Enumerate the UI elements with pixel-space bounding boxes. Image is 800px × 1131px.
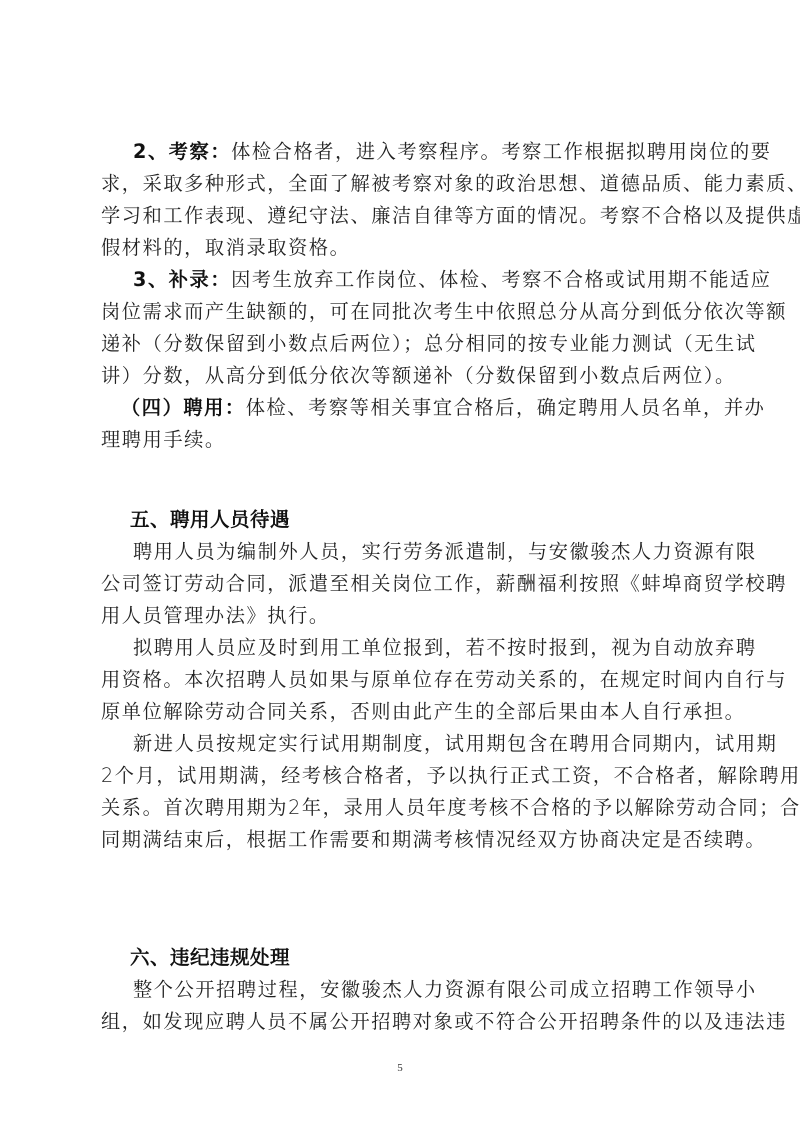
exam-item3-line-1: 3、补录：因考生放弃工作岗位、体检、考察不合格或试用期不能适应 xyxy=(133,265,701,295)
section6-para1-line-1: 整个公开招聘过程，安徽骏杰人力资源有限公司成立招聘工作领导小 xyxy=(133,975,701,1005)
exam-item2-line-3: 学习和工作表现、遵纪守法、廉洁自律等方面的情况。考察不合格以及提供虚 xyxy=(101,201,701,231)
exam-item3-label: 3、补录： xyxy=(133,268,231,291)
section5-para3-line-4: 同期满结束后，根据工作需要和期满考核情况经双方协商决定是否续聘。 xyxy=(101,825,701,855)
section5-para2-line-2: 用资格。本次招聘人员如果与原单位存在劳动关系的，在规定时间内自行与 xyxy=(101,665,701,695)
section5-para1-line-3: 用人员管理办法》执行。 xyxy=(101,601,701,631)
section5-para1-line-2: 公司签订劳动合同，派遣至相关岗位工作，薪酬福利按照《蚌埠商贸学校聘 xyxy=(101,569,701,599)
exam-item3-line-3: 递补（分数保留到小数点后两位）；总分相同的按专业能力测试（无生试 xyxy=(101,329,701,359)
section6-para1-line-2: 组，如发现应聘人员不属公开招聘对象或不符合公开招聘条件的以及违法违 xyxy=(101,1007,701,1037)
hire-label: （四）聘用： xyxy=(121,396,246,419)
exam-item2-line-4: 假材料的，取消录取资格。 xyxy=(101,233,701,263)
section5-para3-line-2: 2个月，试用期满，经考核合格者，予以执行正式工资，不合格者，解除聘用 xyxy=(101,761,701,791)
document-page: 2、考察：体检合格者，进入考察程序。考察工作根据拟聘用岗位的要 求，采取多种形式… xyxy=(0,0,800,1131)
section5-para3-line-1: 新进人员按规定实行试用期制度，试用期包含在聘用合同期内，试用期 xyxy=(133,729,701,759)
hire-line-2: 理聘用手续。 xyxy=(101,425,701,455)
section5-para3-line-3: 关系。首次聘用期为2年，录用人员年度考核不合格的予以解除劳动合同；合 xyxy=(101,793,701,823)
section5-para1-line-1: 聘用人员为编制外人员，实行劳务派遣制，与安徽骏杰人力资源有限 xyxy=(133,537,701,567)
exam-item2-line-2: 求，采取多种形式，全面了解被考察对象的政治思想、道德品质、能力素质、 xyxy=(101,169,701,199)
section5-para2-line-1: 拟聘用人员应及时到用工单位报到，若不按时报到，视为自动放弃聘 xyxy=(133,633,701,663)
exam-item2-line-1: 2、考察：体检合格者，进入考察程序。考察工作根据拟聘用岗位的要 xyxy=(133,137,701,167)
section5-para2-line-3: 原单位解除劳动合同关系，否则由此产生的全部后果由本人自行承担。 xyxy=(101,697,701,727)
page-number: 5 xyxy=(0,1062,800,1074)
section-heading-5: 五、聘用人员待遇 xyxy=(130,505,290,535)
hire-line-1: （四）聘用：体检、考察等相关事宜合格后，确定聘用人员名单，并办 xyxy=(121,393,689,423)
exam-item3-line-4: 讲）分数，从高分到低分依次等额递补（分数保留到小数点后两位）。 xyxy=(101,361,701,391)
exam-item3-line-2: 岗位需求而产生缺额的，可在同批次考生中依照总分从高分到低分依次等额 xyxy=(101,297,701,327)
section-heading-6: 六、违纪违规处理 xyxy=(130,943,290,973)
exam-item2-label: 2、考察： xyxy=(133,140,231,163)
